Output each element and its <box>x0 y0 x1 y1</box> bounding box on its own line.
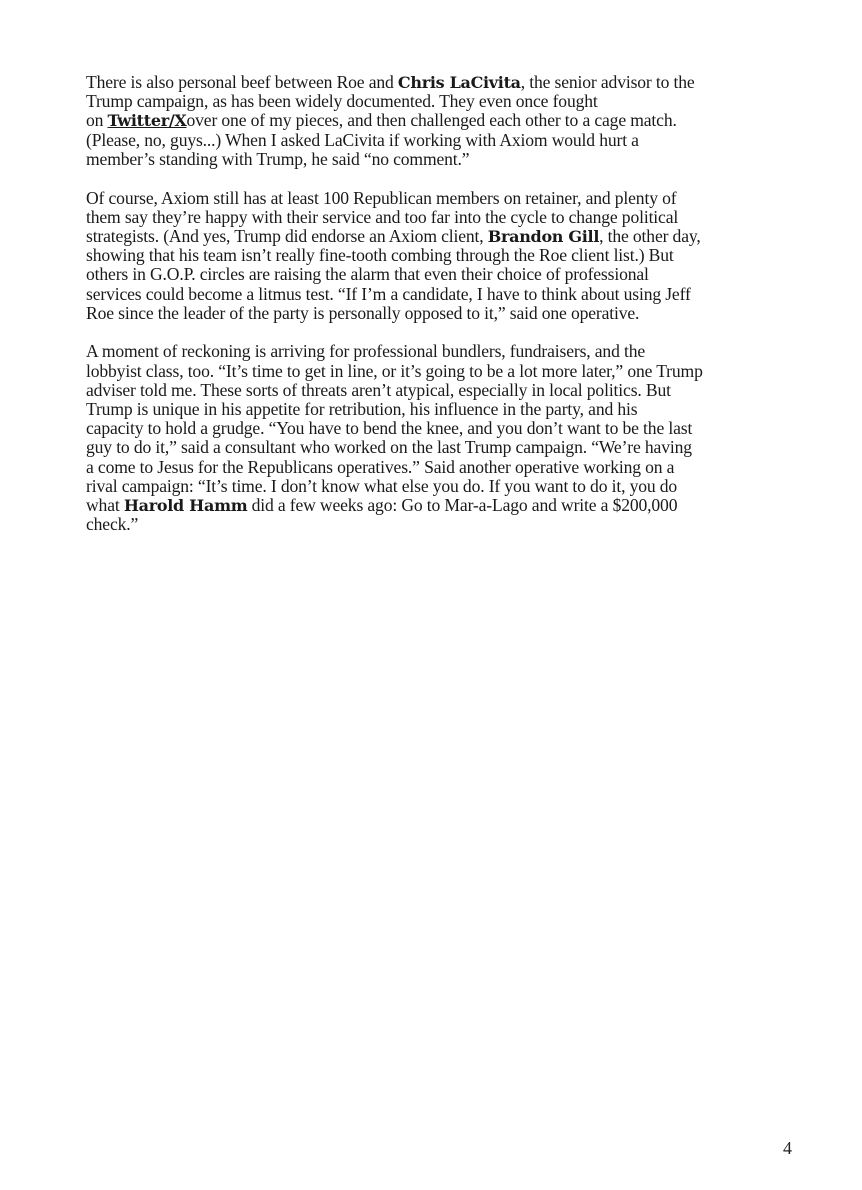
text-line: showing that his team isn’t really fine-… <box>86 246 806 265</box>
bold-name: Brandon Gill <box>488 227 599 246</box>
text-line: Trump is unique in his appetite for retr… <box>86 400 806 419</box>
text-line: others in G.O.P. circles are raising the… <box>86 265 806 284</box>
text-line: adviser told me. These sorts of threats … <box>86 381 806 400</box>
text-line: capacity to hold a grudge. “You have to … <box>86 419 806 438</box>
page-number: 4 <box>783 1138 792 1159</box>
paragraph-3: A moment of reckoning is arriving for pr… <box>86 342 806 534</box>
text-line: Roe since the leader of the party is per… <box>86 304 806 323</box>
bold-name: Chris LaCivita <box>398 73 521 92</box>
document-page: There is also personal beef between Roe … <box>0 0 862 1190</box>
text-line: guy to do it,” said a consultant who wor… <box>86 438 806 457</box>
paragraph-2: Of course, Axiom still has at least 100 … <box>86 189 806 323</box>
text-line: member’s standing with Trump, he said “n… <box>86 150 806 169</box>
bold-name: Harold Hamm <box>124 496 247 515</box>
text-line: check.” <box>86 515 806 534</box>
text-line: A moment of reckoning is arriving for pr… <box>86 342 806 361</box>
text-line: rival campaign: “It’s time. I don’t know… <box>86 477 806 496</box>
twitter-x-link[interactable]: Twitter/X <box>108 111 187 130</box>
text-line: services could become a litmus test. “If… <box>86 285 806 304</box>
text-line: Trump campaign, as has been widely docum… <box>86 92 806 111</box>
text-line: There is also personal beef between Roe … <box>86 73 806 92</box>
document-body: There is also personal beef between Roe … <box>86 73 806 554</box>
text-line: what Harold Hamm did a few weeks ago: Go… <box>86 496 806 515</box>
text-line: strategists. (And yes, Trump did endorse… <box>86 227 806 246</box>
text-line: lobbyist class, too. “It’s time to get i… <box>86 362 806 381</box>
text-line: them say they’re happy with their servic… <box>86 208 806 227</box>
text-line: a come to Jesus for the Republicans oper… <box>86 458 806 477</box>
text-line: on Twitter/Xover one of my pieces, and t… <box>86 111 806 130</box>
text-line: Of course, Axiom still has at least 100 … <box>86 189 806 208</box>
text-line: (Please, no, guys...) When I asked LaCiv… <box>86 131 806 150</box>
paragraph-1: There is also personal beef between Roe … <box>86 73 806 169</box>
